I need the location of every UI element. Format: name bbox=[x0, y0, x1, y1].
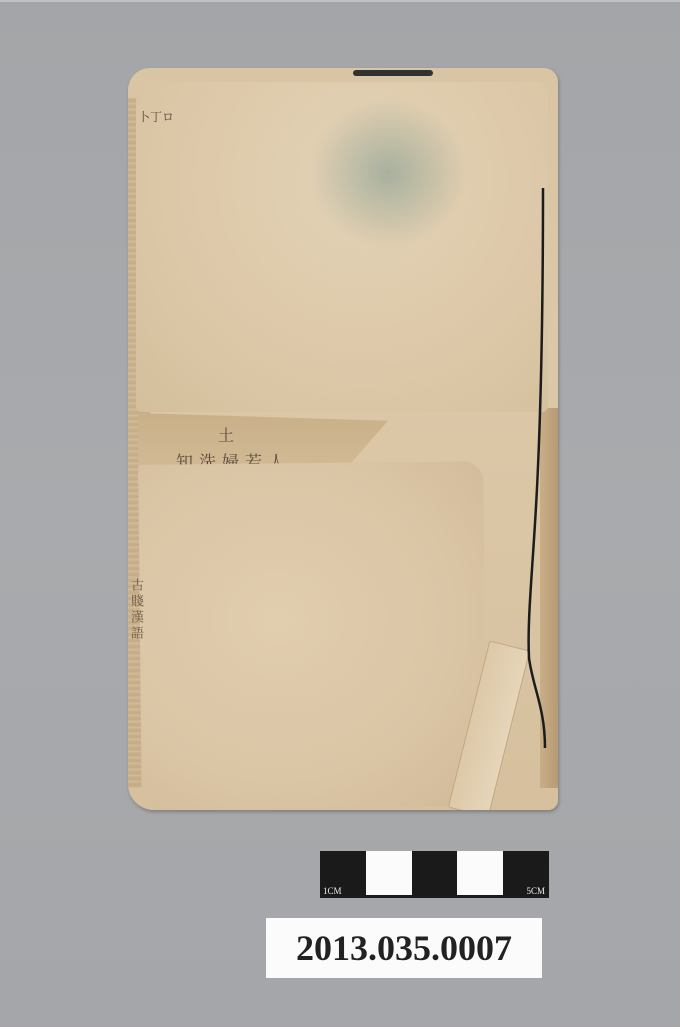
binding-thread bbox=[523, 188, 547, 748]
spine-text: 古賤漢語 bbox=[130, 578, 146, 642]
book-object: 土 知洗婦若人 卜丁ロ 古賤漢語 bbox=[128, 68, 558, 810]
photo-top-border bbox=[0, 0, 680, 2]
revealed-text-top: 土 bbox=[218, 423, 234, 446]
scale-label-5cm: 5CM bbox=[526, 886, 545, 896]
scale-segment-black bbox=[412, 851, 458, 898]
green-stain bbox=[308, 98, 468, 248]
scale-label-1cm: 1CM bbox=[323, 886, 342, 896]
top-edge-dark-patch bbox=[353, 70, 433, 76]
scale-segment-white bbox=[457, 851, 503, 895]
corner-text: 卜丁ロ bbox=[138, 108, 174, 125]
scale-bar: 1CM 5CM bbox=[320, 851, 549, 898]
accession-number-label: 2013.035.0007 bbox=[266, 918, 542, 978]
scale-segment-white bbox=[366, 851, 412, 895]
cover-lower-flap bbox=[138, 461, 487, 810]
